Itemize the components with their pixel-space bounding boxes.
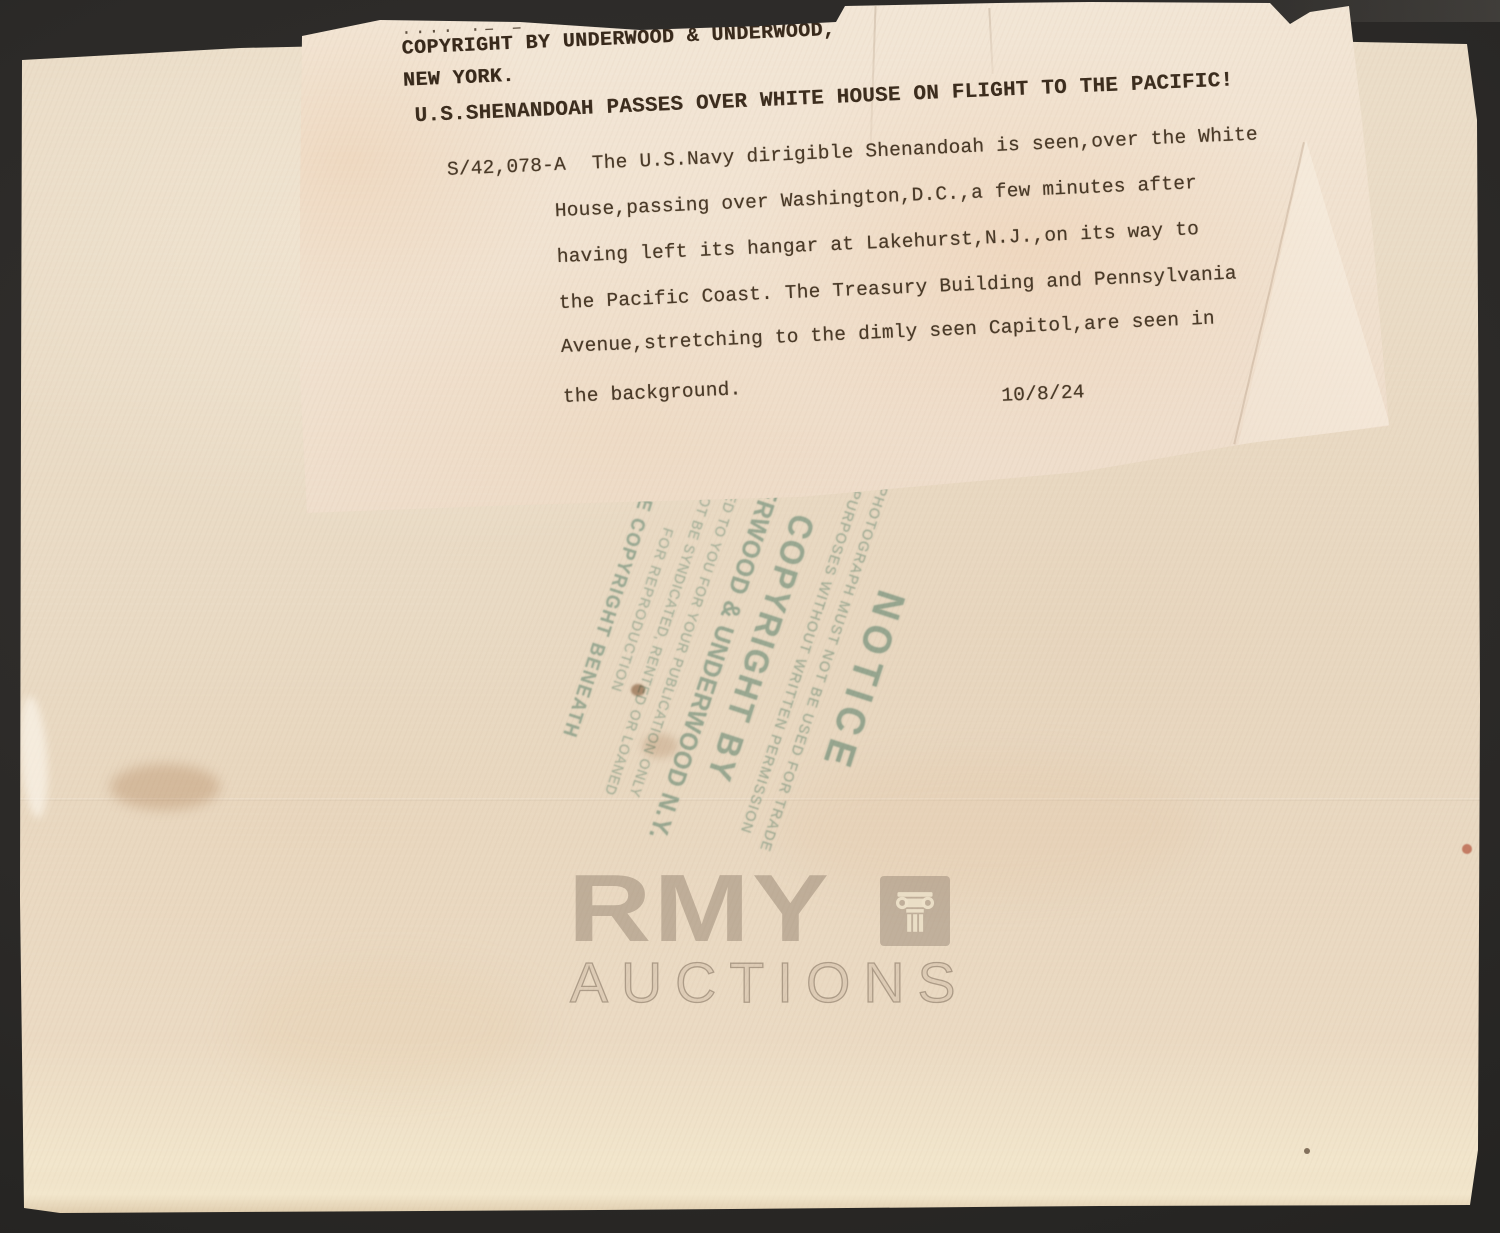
caption-body-line: the Pacific Coast. The Treasury Building… xyxy=(558,263,1237,315)
auction-watermark: RMY AUCTIONS xyxy=(568,872,1008,1052)
watermark-brand: RMY xyxy=(568,872,831,947)
caption-body-text: The U.S.Navy dirigible Shenandoah is see… xyxy=(591,123,1258,174)
caption-label: ···· ·– – COPYRIGHT BY UNDERWOOD & UNDER… xyxy=(298,0,1394,516)
ionic-column-icon xyxy=(880,876,950,946)
caption-headline: U.S.SHENANDOAH PASSES OVER WHITE HOUSE O… xyxy=(414,69,1234,128)
caption-date: 10/8/24 xyxy=(1001,381,1085,407)
caption-body-line: having left its hangar at Lakehurst,N.J.… xyxy=(556,218,1199,268)
stain xyxy=(110,764,220,810)
caption-body-line: House,passing over Washington,D.C.,a few… xyxy=(554,172,1197,222)
photo-back-scan: NOTICE PHOTOGRAPH MUST NOT BE USED FOR T… xyxy=(0,0,1500,1233)
stain xyxy=(238,966,538,1086)
copyright-city-line: NEW YORK. xyxy=(403,65,516,93)
caption-body-line: the background. xyxy=(563,378,742,408)
bottom-fold-band xyxy=(18,1170,1482,1214)
photo-number: S/42,078-A xyxy=(447,154,567,181)
stain xyxy=(1462,844,1472,854)
column-icon-glyph xyxy=(888,884,942,938)
watermark-subtitle: AUCTIONS xyxy=(570,950,969,1016)
caption-body-line: Avenue,stretching to the dimly seen Capi… xyxy=(560,308,1215,359)
stain xyxy=(1304,1148,1310,1154)
typed-caption: ···· ·– – COPYRIGHT BY UNDERWOOD & UNDER… xyxy=(395,0,1315,503)
caption-body-line: S/42,078-AThe U.S.Navy dirigible Shenand… xyxy=(447,123,1259,180)
